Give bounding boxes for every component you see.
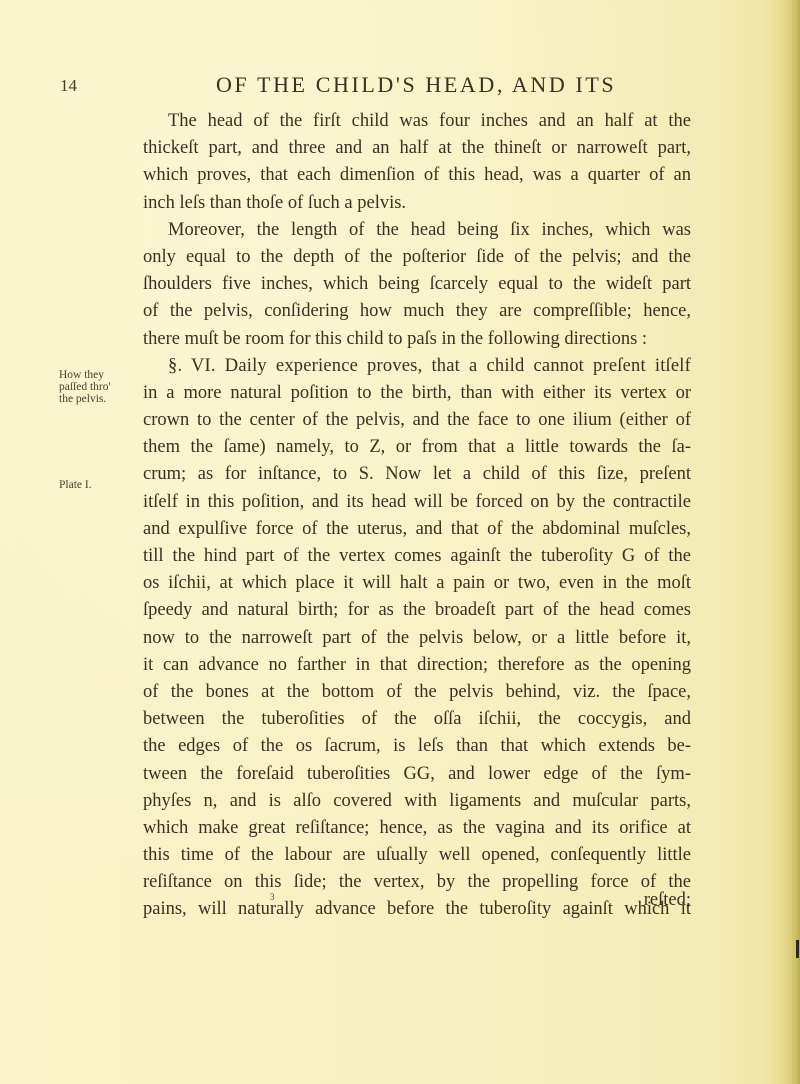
paragraph-line: the edges of the os ſacrum, is leſs than… — [143, 733, 691, 760]
running-title: OF THE CHILD'S HEAD, AND ITS — [216, 72, 616, 98]
catchword: reſted; — [644, 890, 691, 911]
paragraph-line: Moreover, the length of the head being ſ… — [143, 217, 691, 244]
paragraph-line: ſhoulders five inches, which being ſcarc… — [143, 271, 691, 298]
page-number: 14 — [60, 76, 77, 96]
paragraph-line: only equal to the depth of the poſterior… — [143, 244, 691, 271]
margin-note-how-they-passed: How they paſſed thro' the pelvis. — [59, 369, 111, 405]
book-page: 14 OF THE CHILD'S HEAD, AND ITS How they… — [0, 0, 800, 1084]
paragraph-line: thickeſt part, and three and an half at … — [143, 135, 691, 162]
page-edge-binding — [772, 0, 800, 1084]
section-heading-line: §. VI. Daily experience proves, that a c… — [143, 353, 691, 380]
margin-note-line: paſſed thro' — [59, 381, 111, 393]
page-footer: 3 reſted; — [143, 890, 691, 920]
paragraph-line: os iſchii, at which place it will halt a… — [143, 570, 691, 597]
paragraph-line: of the bones at the bottom of the pelvis… — [143, 679, 691, 706]
paragraph-line: till the hind part of the vertex comes a… — [143, 543, 691, 570]
paragraph-line: them the ſame) namely, to Z, or from tha… — [143, 434, 691, 461]
paragraph-line: between the tuberoſities of the oſſa iſc… — [143, 706, 691, 733]
paragraph-line: The head of the firſt child was four inc… — [143, 108, 691, 135]
margin-note-line: the pelvis. — [59, 393, 111, 405]
paragraph-line: there muſt be room for this child to paſ… — [143, 326, 691, 353]
margin-note-line: How they — [59, 369, 111, 381]
paragraph-line: phyſes n, and is alſo covered with ligam… — [143, 788, 691, 815]
page-edge-line — [792, 0, 794, 1084]
page-header: 14 OF THE CHILD'S HEAD, AND ITS — [60, 70, 700, 100]
body-text: The head of the firſt child was four inc… — [143, 108, 691, 924]
paragraph-line: inch leſs than thoſe of ſuch a pelvis. — [143, 190, 691, 217]
signature-mark: 3 — [270, 892, 275, 902]
paragraph-line: which proves, that each dimenſion of thi… — [143, 162, 691, 189]
paragraph-line: crum; as for inſtance, to S. Now let a c… — [143, 461, 691, 488]
paragraph-line: crown to the center of the pelvis, and t… — [143, 407, 691, 434]
paragraph-line: this time of the labour are uſually well… — [143, 842, 691, 869]
paragraph-line: ſpeedy and natural birth; for as the bro… — [143, 597, 691, 624]
paragraph-line: it can advance no farther in that direct… — [143, 652, 691, 679]
paragraph-line: now to the narroweſt part of the pelvis … — [143, 625, 691, 652]
paragraph-line: itſelf in this poſition, and its head wi… — [143, 489, 691, 516]
page-edge-mark — [796, 940, 799, 958]
paragraph-line: and expulſive force of the uterus, and t… — [143, 516, 691, 543]
paragraph-line: of the pelvis, conſidering how much they… — [143, 298, 691, 325]
paragraph-line: tween the foreſaid tuberoſities GG, and … — [143, 761, 691, 788]
paragraph-line: in a more natural poſition to the birth,… — [143, 380, 691, 407]
margin-note-line: Plate I. — [59, 479, 92, 491]
paragraph-line: which make great reſiſtance; hence, as t… — [143, 815, 691, 842]
margin-note-plate-reference: Plate I. — [59, 479, 92, 491]
